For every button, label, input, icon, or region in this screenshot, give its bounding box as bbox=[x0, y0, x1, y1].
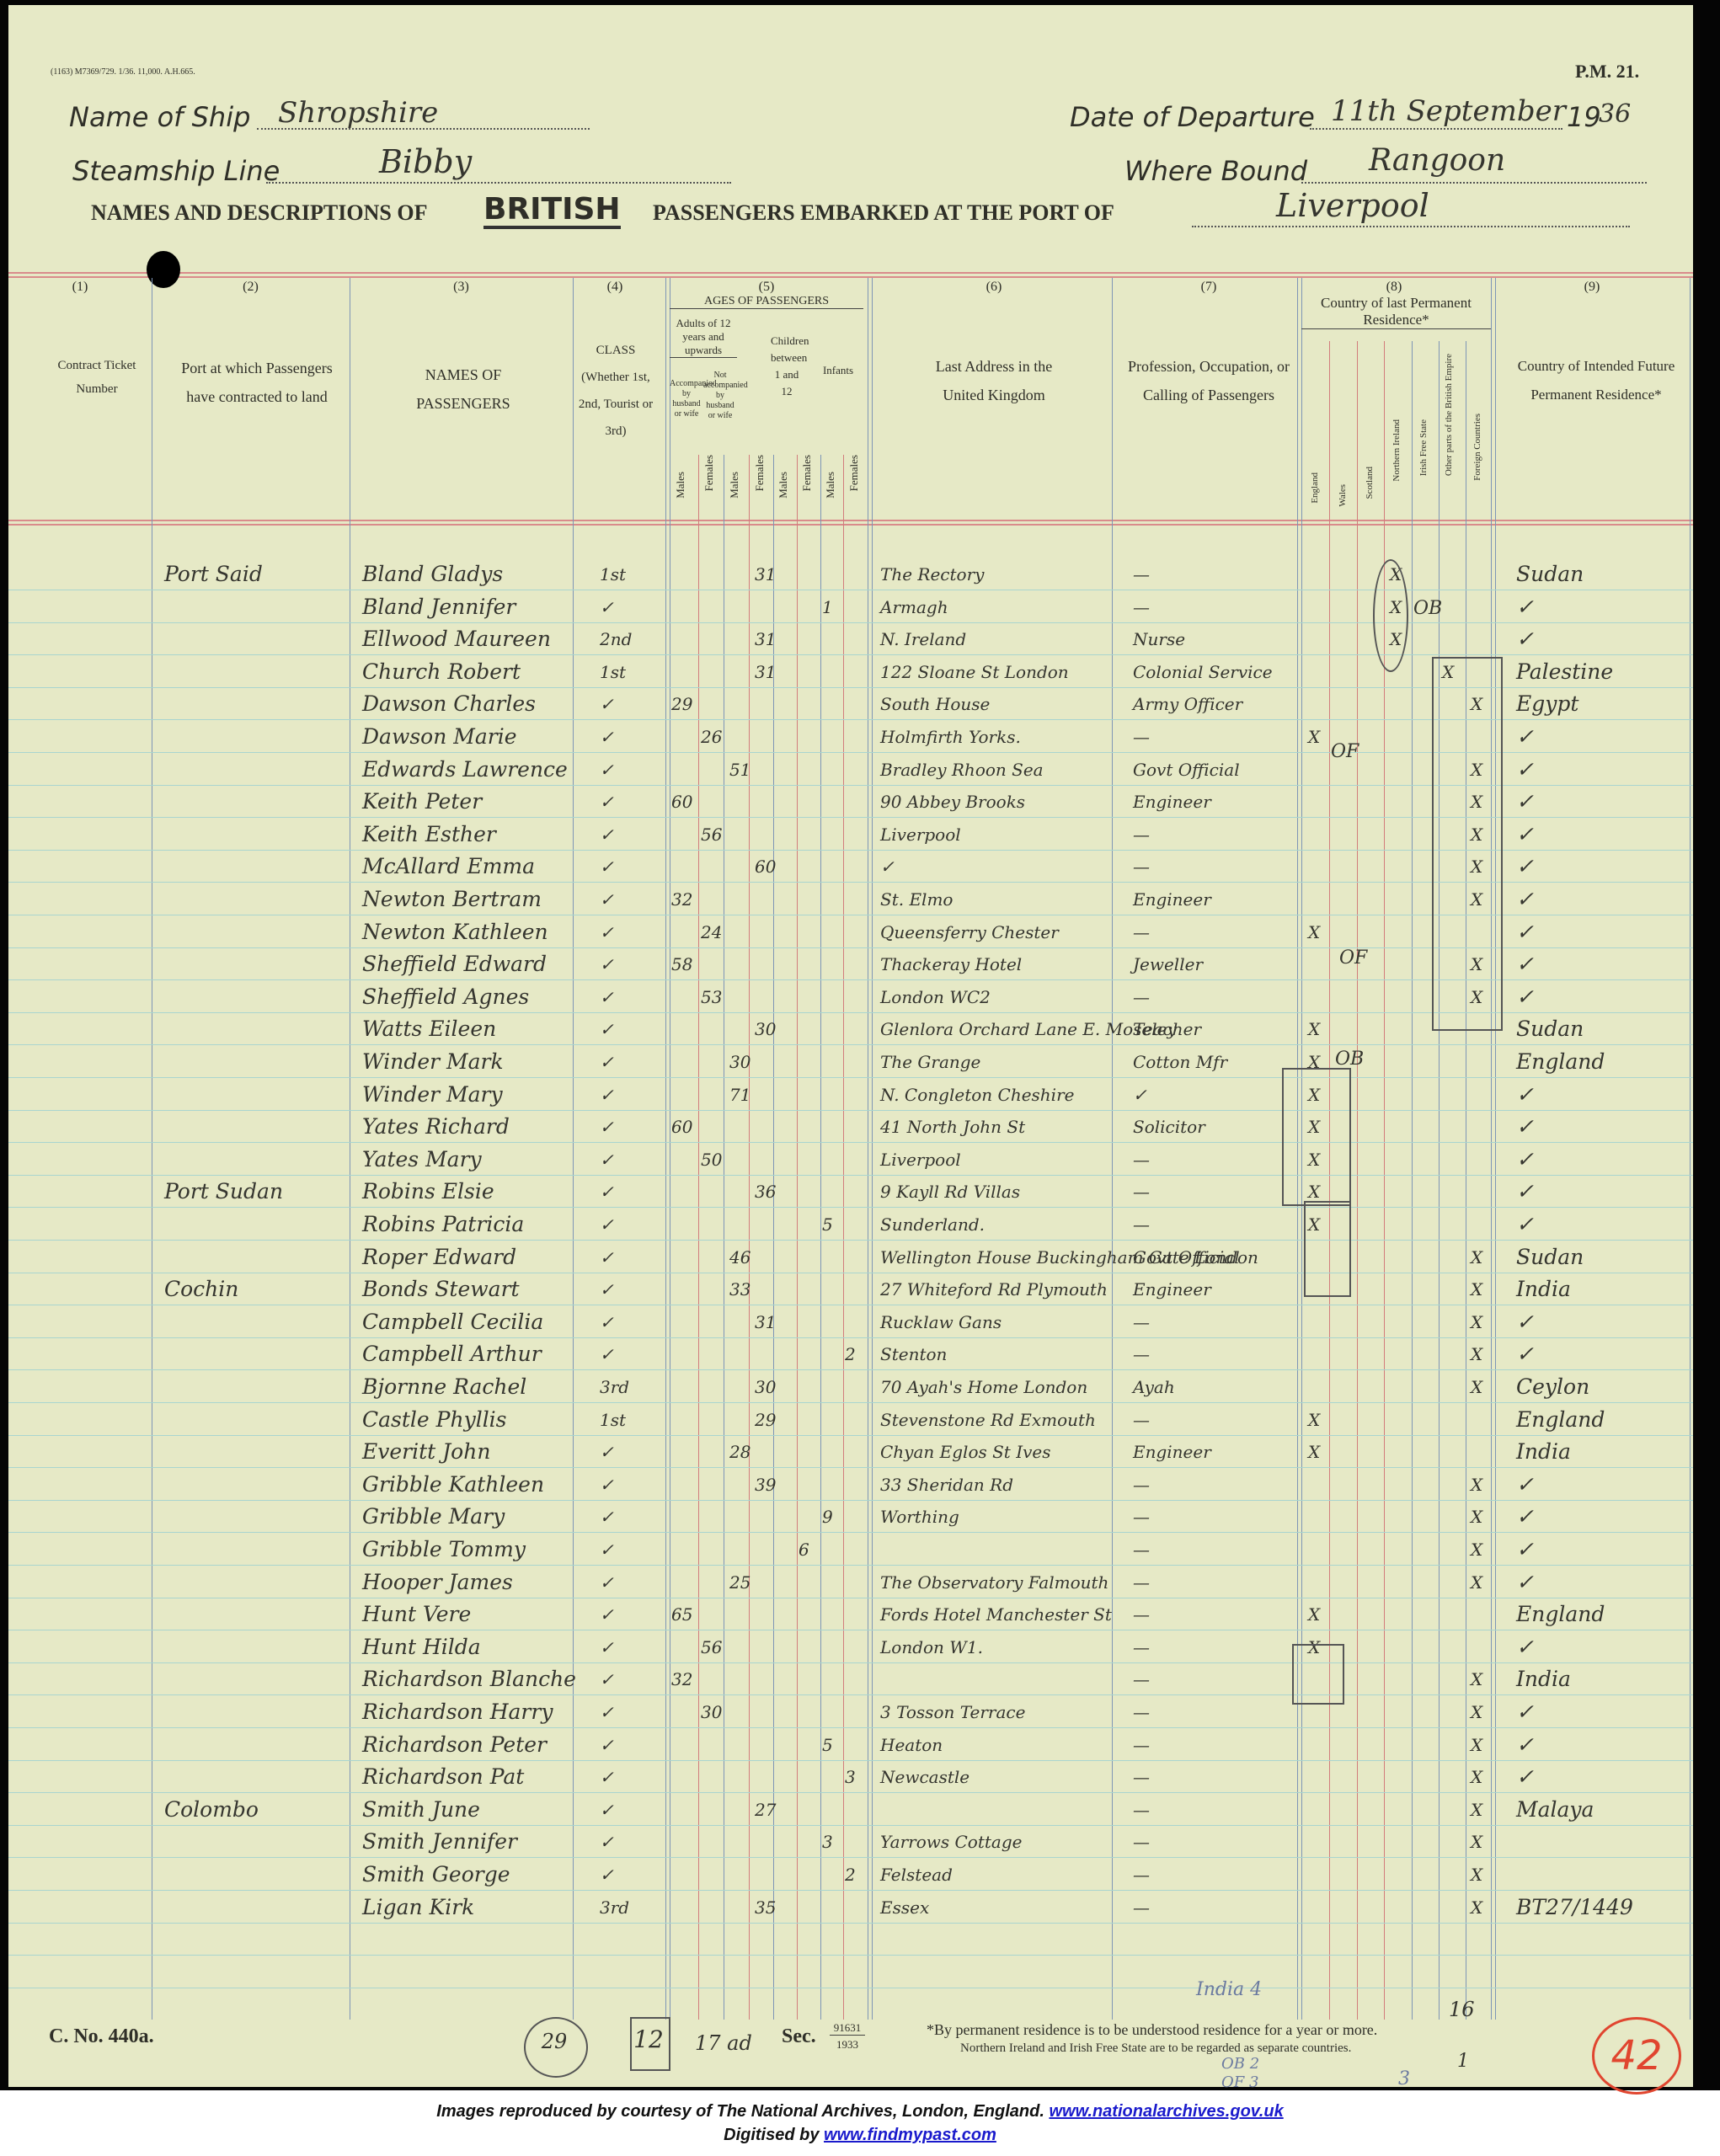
future-residence: England bbox=[1516, 1047, 1605, 1077]
footnote-2: Northern Ireland and Irish Free State ar… bbox=[960, 2041, 1351, 2056]
passenger-age: 58 bbox=[671, 949, 692, 979]
ruled-line bbox=[8, 1532, 1693, 1533]
tally-three: 3 bbox=[1398, 2068, 1410, 2089]
india-tally: India 4 bbox=[1196, 1979, 1262, 2000]
occupation: — bbox=[1133, 1177, 1150, 1207]
last-residence-mark: X bbox=[1471, 1470, 1482, 1500]
last-residence-mark: X bbox=[1308, 1405, 1320, 1435]
occupation: — bbox=[1133, 1827, 1150, 1857]
future-residence: Sudan bbox=[1516, 559, 1584, 590]
last-address: The Observatory Falmouth bbox=[880, 1567, 1108, 1598]
ob-tally: OB 2 bbox=[1221, 2055, 1259, 2073]
last-residence-mark: X bbox=[1471, 1730, 1482, 1760]
children-header: Children between 1 and 12 bbox=[771, 333, 803, 400]
ruled-line bbox=[8, 1988, 1693, 1988]
passenger-row: Richardson Harry✓303 Tosson Terrace—X✓ bbox=[0, 1697, 1720, 1727]
line-dots bbox=[266, 182, 731, 184]
residence-subheader: Foreign Countries bbox=[1472, 414, 1482, 481]
future-residence: ✓ bbox=[1516, 1209, 1534, 1240]
passenger-age: 33 bbox=[729, 1274, 750, 1305]
passenger-age: 53 bbox=[701, 982, 722, 1012]
occupation: ✓ bbox=[1133, 1080, 1147, 1110]
credit-text-1: Images reproduced by courtesy of The Nat… bbox=[436, 2102, 1049, 2121]
passenger-row: Smith George✓2Felstead—X bbox=[0, 1860, 1720, 1890]
future-residence: ✓ bbox=[1516, 1470, 1534, 1500]
passenger-name: Smith Jennifer bbox=[362, 1827, 517, 1857]
col8-number: (8) bbox=[1297, 280, 1491, 295]
passenger-class: ✓ bbox=[600, 1145, 614, 1175]
passenger-name: Dawson Charles bbox=[362, 689, 536, 719]
ruled-line bbox=[8, 1662, 1693, 1663]
last-address: N. Congleton Cheshire bbox=[880, 1080, 1074, 1110]
ship-label: Name of Ship bbox=[69, 101, 250, 133]
ruled-line bbox=[8, 654, 1693, 655]
passenger-class: ✓ bbox=[600, 1502, 614, 1532]
last-address: 122 Sloane St London bbox=[880, 657, 1069, 687]
future-residence: ✓ bbox=[1516, 1145, 1534, 1175]
ruled-line bbox=[8, 1694, 1693, 1695]
last-residence-mark: X bbox=[1308, 1599, 1320, 1630]
col5-header: AGES OF PASSENGERS bbox=[670, 295, 863, 309]
passenger-age: 29 bbox=[755, 1405, 776, 1435]
passenger-row: Yates Mary✓50Liverpool—X✓ bbox=[0, 1145, 1720, 1175]
tally-one: 1 bbox=[1457, 2051, 1469, 2072]
ruled-line bbox=[8, 1044, 1693, 1045]
occupation: Cotton Mfr bbox=[1133, 1047, 1227, 1077]
passenger-row: Winder Mark✓30The GrangeCotton MfrXEngla… bbox=[0, 1047, 1720, 1077]
residence-subheader: Other parts of the British Empire bbox=[1444, 354, 1454, 476]
future-residence: ✓ bbox=[1516, 592, 1534, 622]
future-residence: ✓ bbox=[1516, 1307, 1534, 1337]
passenger-age: 5 bbox=[822, 1730, 833, 1760]
ruled-line bbox=[8, 1890, 1693, 1891]
ruled-line bbox=[8, 1727, 1693, 1728]
sec-number: 91631 bbox=[830, 2021, 865, 2036]
passenger-row: Winder Mary✓71N. Congleton Cheshire✓X✓ bbox=[0, 1080, 1720, 1110]
passenger-class: ✓ bbox=[600, 884, 614, 915]
future-residence: ✓ bbox=[1516, 1697, 1534, 1727]
future-residence: Sudan bbox=[1516, 1014, 1584, 1044]
future-residence: ✓ bbox=[1516, 1177, 1534, 1207]
last-residence-mark: X bbox=[1471, 1502, 1482, 1532]
ob-annotation-1: OB bbox=[1413, 598, 1442, 619]
occupation: — bbox=[1133, 851, 1150, 882]
last-address: London W1. bbox=[880, 1632, 983, 1662]
passenger-row: Bland Jennifer✓1Armagh—X✓ bbox=[0, 592, 1720, 622]
passenger-row: Campbell Cecilia✓31Rucklaw Gans—X✓ bbox=[0, 1307, 1720, 1337]
last-address: 33 Sheridan Rd bbox=[880, 1470, 1013, 1500]
passenger-row: Richardson Blanche✓32—XIndia bbox=[0, 1664, 1720, 1694]
last-address: The Grange bbox=[880, 1047, 980, 1077]
bound-dots bbox=[1301, 182, 1647, 184]
last-address: 27 Whiteford Rd Plymouth bbox=[880, 1274, 1108, 1305]
passenger-row: CochinBonds Stewart✓3327 Whiteford Rd Pl… bbox=[0, 1274, 1720, 1305]
col7-number: (7) bbox=[1112, 280, 1306, 295]
passenger-age: 28 bbox=[729, 1437, 750, 1467]
findmypast-link[interactable]: www.findmypast.com bbox=[824, 2126, 996, 2144]
passenger-row: Campbell Arthur✓2Stenton—X✓ bbox=[0, 1339, 1720, 1369]
ruled-line bbox=[8, 1857, 1693, 1858]
occupation: — bbox=[1133, 1762, 1150, 1792]
future-residence: Malaya bbox=[1516, 1795, 1594, 1825]
passenger-class: ✓ bbox=[600, 1730, 614, 1760]
ruled-line bbox=[8, 1760, 1693, 1761]
passenger-age: 30 bbox=[755, 1372, 776, 1402]
departure-year-value: 36 bbox=[1599, 99, 1631, 129]
passenger-age: 2 bbox=[845, 1860, 856, 1890]
passenger-name: Richardson Blanche bbox=[362, 1664, 576, 1694]
passenger-age: 29 bbox=[671, 689, 692, 719]
females-subheader: Females bbox=[847, 455, 861, 491]
last-address: Liverpool bbox=[880, 819, 961, 850]
last-address: Sunderland. bbox=[880, 1209, 985, 1240]
passenger-class: ✓ bbox=[600, 722, 614, 752]
ruled-line bbox=[8, 1825, 1693, 1826]
port-of-landing: Port Said bbox=[164, 559, 263, 590]
passenger-name: Winder Mary bbox=[362, 1080, 503, 1110]
future-residence: Sudan bbox=[1516, 1242, 1584, 1273]
future-residence: Palestine bbox=[1516, 657, 1613, 687]
col5-number: (5) bbox=[670, 280, 863, 295]
passenger-age: 30 bbox=[755, 1014, 776, 1044]
passenger-name: Dawson Marie bbox=[362, 722, 517, 752]
ruled-line bbox=[8, 1273, 1693, 1273]
passenger-row: ColomboSmith June✓27—XMalaya bbox=[0, 1795, 1720, 1825]
future-residence: ✓ bbox=[1516, 917, 1534, 947]
last-residence-mark: X bbox=[1471, 1274, 1482, 1305]
last-residence-mark: X bbox=[1471, 1534, 1482, 1565]
last-residence-mark: X bbox=[1471, 1567, 1482, 1598]
passenger-class: ✓ bbox=[600, 1047, 614, 1077]
passenger-name: Roper Edward bbox=[362, 1242, 516, 1273]
occupation: Solicitor bbox=[1133, 1112, 1205, 1142]
header-top-rule-2 bbox=[8, 276, 1693, 278]
passenger-class: ✓ bbox=[600, 949, 614, 979]
ruled-line bbox=[8, 1630, 1693, 1630]
last-residence-mark: X bbox=[1471, 1762, 1482, 1792]
passenger-name: Ligan Kirk bbox=[362, 1892, 474, 1923]
males-subheader: Males bbox=[777, 472, 790, 499]
last-address: Essex bbox=[880, 1892, 929, 1923]
passenger-age: 60 bbox=[755, 851, 776, 882]
passenger-name: Newton Bertram bbox=[362, 884, 542, 915]
passenger-class: ✓ bbox=[600, 755, 614, 785]
passenger-name: Hooper James bbox=[362, 1567, 513, 1598]
passenger-class: ✓ bbox=[600, 1795, 614, 1825]
passenger-age: 24 bbox=[701, 917, 722, 947]
future-residence: ✓ bbox=[1516, 1339, 1534, 1369]
passenger-class: ✓ bbox=[600, 1242, 614, 1273]
ruled-line bbox=[8, 1500, 1693, 1501]
last-address: 9 Kayll Rd Villas bbox=[880, 1177, 1020, 1207]
national-archives-link[interactable]: www.nationalarchives.gov.uk bbox=[1049, 2102, 1283, 2121]
last-residence-mark: X bbox=[1471, 1795, 1482, 1825]
last-address: South House bbox=[880, 689, 990, 719]
last-address: 90 Abbey Brooks bbox=[880, 787, 1025, 817]
last-address: Bradley Rhoon Sea bbox=[880, 755, 1044, 785]
header-bottom-rule bbox=[8, 520, 1693, 521]
title-prefix: NAMES AND DESCRIPTIONS OF bbox=[91, 200, 427, 226]
ruled-line bbox=[8, 1337, 1693, 1338]
last-residence-mark: X bbox=[1471, 1827, 1482, 1857]
passenger-class: ✓ bbox=[600, 592, 614, 622]
occupation: — bbox=[1133, 722, 1150, 752]
last-address: Armagh bbox=[880, 592, 948, 622]
of-tally: OF 3 bbox=[1221, 2073, 1258, 2091]
ruled-line bbox=[8, 1240, 1693, 1241]
passenger-row: Castle Phyllis1st29Stevenstone Rd Exmout… bbox=[0, 1405, 1720, 1435]
passenger-name: Newton Kathleen bbox=[362, 917, 548, 947]
of-annotation-1: OF bbox=[1331, 741, 1359, 762]
boxed-total: 12 bbox=[630, 2025, 667, 2053]
foreign-group-box bbox=[1432, 657, 1503, 1031]
passenger-name: Hunt Vere bbox=[362, 1599, 471, 1630]
passenger-class: ✓ bbox=[600, 1014, 614, 1044]
passenger-name: Smith George bbox=[362, 1860, 510, 1890]
occupation: Teacher bbox=[1133, 1014, 1201, 1044]
occupation: — bbox=[1133, 1405, 1150, 1435]
passenger-class: ✓ bbox=[600, 1209, 614, 1240]
occupation: — bbox=[1133, 1860, 1150, 1890]
last-address: 70 Ayah's Home London bbox=[880, 1372, 1087, 1402]
ni-group-circle bbox=[1373, 559, 1408, 672]
passenger-row: Bjornne Rachel3rd3070 Ayah's Home London… bbox=[0, 1372, 1720, 1402]
future-residence: ✓ bbox=[1516, 1080, 1534, 1110]
port-of-landing: Colombo bbox=[164, 1795, 259, 1825]
passenger-age: 71 bbox=[729, 1080, 750, 1110]
ruled-line bbox=[8, 1598, 1693, 1598]
passenger-name: Everitt John bbox=[362, 1437, 490, 1467]
port-dots bbox=[1192, 226, 1630, 227]
ob-annotation-2: OB bbox=[1335, 1049, 1364, 1070]
col2-header: Port at which Passengers have contracted… bbox=[173, 354, 341, 411]
occupation: — bbox=[1133, 819, 1150, 850]
passenger-age: 31 bbox=[755, 657, 776, 687]
credit-text-2: Digitised by bbox=[724, 2126, 824, 2144]
credit-line-1: Images reproduced by courtesy of The Nat… bbox=[0, 2102, 1720, 2121]
passenger-age: 50 bbox=[701, 1145, 722, 1175]
males-subheader: Males bbox=[728, 472, 741, 499]
passenger-row: Everitt John✓28Chyan Eglos St IvesEngine… bbox=[0, 1437, 1720, 1467]
last-address: 41 North John St bbox=[880, 1112, 1025, 1142]
occupation: Engineer bbox=[1133, 1437, 1211, 1467]
future-residence: India bbox=[1516, 1274, 1571, 1305]
title-british: BRITISH bbox=[483, 194, 621, 229]
tally-sixteen: 16 bbox=[1449, 1998, 1475, 2021]
sec-year: 1933 bbox=[830, 2038, 865, 2052]
adult-total: 17 ad bbox=[695, 2031, 752, 2055]
occupation: Ayah bbox=[1133, 1372, 1175, 1402]
passenger-age: 2 bbox=[845, 1339, 856, 1369]
england-group-box-1 bbox=[1282, 1068, 1351, 1206]
occupation: — bbox=[1133, 1697, 1150, 1727]
occupation: — bbox=[1133, 1470, 1150, 1500]
passenger-class: ✓ bbox=[600, 689, 614, 719]
last-address: Newcastle bbox=[880, 1762, 970, 1792]
future-residence: Ceylon bbox=[1516, 1372, 1589, 1402]
males-subheader: Males bbox=[824, 472, 837, 499]
occupation: Jeweller bbox=[1133, 949, 1203, 979]
passenger-class: ✓ bbox=[600, 1112, 614, 1142]
departure-dots bbox=[1310, 128, 1562, 130]
passenger-name: Campbell Arthur bbox=[362, 1339, 542, 1369]
where-bound-label: Where Bound bbox=[1124, 155, 1307, 187]
passenger-class: ✓ bbox=[600, 787, 614, 817]
passenger-row: Gribble Kathleen✓3933 Sheridan Rd—X✓ bbox=[0, 1470, 1720, 1500]
future-residence: ✓ bbox=[1516, 949, 1534, 979]
occupation: — bbox=[1133, 1664, 1150, 1694]
passenger-age: 60 bbox=[671, 1112, 692, 1142]
last-address: Felstead bbox=[880, 1860, 953, 1890]
last-address: Thackeray Hotel bbox=[880, 949, 1022, 979]
future-residence: England bbox=[1516, 1599, 1605, 1630]
passenger-age: 56 bbox=[701, 819, 722, 850]
passenger-age: 65 bbox=[671, 1599, 692, 1630]
passenger-name: Bonds Stewart bbox=[362, 1274, 520, 1305]
occupation: — bbox=[1133, 1339, 1150, 1369]
future-residence: ✓ bbox=[1516, 1567, 1534, 1598]
passenger-class: ✓ bbox=[600, 819, 614, 850]
females-subheader: Females bbox=[702, 455, 716, 491]
future-residence: ✓ bbox=[1516, 722, 1534, 752]
credit-line-2: Digitised by www.findmypast.com bbox=[0, 2126, 1720, 2145]
last-address: Holmfirth Yorks. bbox=[880, 722, 1021, 752]
passenger-class: 1st bbox=[600, 559, 626, 590]
passenger-class: ✓ bbox=[600, 1599, 614, 1630]
last-residence-mark: X bbox=[1471, 1860, 1482, 1890]
occupation: — bbox=[1133, 1567, 1150, 1598]
passenger-row: Yates Richard✓6041 North John StSolicito… bbox=[0, 1112, 1720, 1142]
future-residence: ✓ bbox=[1516, 1534, 1534, 1565]
passenger-row: Ellwood Maureen2nd31N. IrelandNurseX✓ bbox=[0, 624, 1720, 654]
col9-header: Country of Intended Future Permanent Res… bbox=[1516, 352, 1676, 409]
last-address: N. Ireland bbox=[880, 624, 966, 654]
future-residence: ✓ bbox=[1516, 755, 1534, 785]
passenger-age: 6 bbox=[799, 1534, 809, 1565]
occupation: — bbox=[1133, 1795, 1150, 1825]
where-bound-value: Rangoon bbox=[1369, 143, 1505, 178]
females-subheader: Females bbox=[753, 455, 767, 491]
last-address: Fords Hotel Manchester St bbox=[880, 1599, 1112, 1630]
residence-subheader: Irish Free State bbox=[1418, 419, 1429, 476]
passenger-class: ✓ bbox=[600, 1534, 614, 1565]
passenger-name: Winder Mark bbox=[362, 1047, 504, 1077]
last-address: Liverpool bbox=[880, 1145, 961, 1175]
col6-header: Last Address in the United Kingdom bbox=[918, 352, 1070, 409]
occupation: — bbox=[1133, 1599, 1150, 1630]
departure-date-value: 11th September bbox=[1331, 94, 1566, 128]
future-residence: India bbox=[1516, 1664, 1571, 1694]
passenger-name: Sheffield Agnes bbox=[362, 982, 529, 1012]
last-address: Queensferry Chester bbox=[880, 917, 1059, 947]
last-address: Worthing bbox=[880, 1502, 959, 1532]
passenger-name: Keith Esther bbox=[362, 819, 496, 850]
passenger-name: Edwards Lawrence bbox=[362, 755, 568, 785]
passenger-age: 30 bbox=[729, 1047, 750, 1077]
col9-number: (9) bbox=[1495, 280, 1689, 295]
last-residence-mark: X bbox=[1471, 1339, 1482, 1369]
ruled-line bbox=[8, 1792, 1693, 1793]
occupation: — bbox=[1133, 1892, 1150, 1923]
residence-subheader: Northern Ireland bbox=[1391, 419, 1402, 482]
ruled-line bbox=[8, 1467, 1693, 1468]
future-residence: ✓ bbox=[1516, 624, 1534, 654]
england-group-box-2 bbox=[1304, 1201, 1351, 1297]
occupation: — bbox=[1133, 917, 1150, 947]
departure-label: Date of Departure bbox=[1070, 101, 1315, 133]
future-residence: Egypt bbox=[1516, 689, 1578, 719]
occupation: — bbox=[1133, 1209, 1150, 1240]
passenger-age: 36 bbox=[755, 1177, 776, 1207]
circled-total: 29 bbox=[524, 2030, 585, 2053]
passenger-row: Hooper James✓25The Observatory Falmouth—… bbox=[0, 1567, 1720, 1598]
passenger-name: Robins Patricia bbox=[362, 1209, 524, 1240]
of-annotation-2: OF bbox=[1339, 947, 1367, 969]
passenger-class: ✓ bbox=[600, 1274, 614, 1305]
passenger-row: Port SaidBland Gladys1st31The Rectory—XS… bbox=[0, 559, 1720, 590]
passenger-class: ✓ bbox=[600, 1860, 614, 1890]
col6-number: (6) bbox=[868, 280, 1120, 295]
passenger-row: Robins Patricia✓5Sunderland.—X✓ bbox=[0, 1209, 1720, 1240]
passenger-name: Gribble Kathleen bbox=[362, 1470, 544, 1500]
future-residence: ✓ bbox=[1516, 1502, 1534, 1532]
future-residence: ✓ bbox=[1516, 787, 1534, 817]
england-group-box-3 bbox=[1292, 1644, 1344, 1705]
ruled-line bbox=[8, 1077, 1693, 1078]
passenger-name: Gribble Tommy bbox=[362, 1534, 526, 1565]
col8-header: Country of last Permanent Residence* bbox=[1301, 295, 1491, 329]
page-number-circle: 42 bbox=[1592, 2017, 1681, 2095]
passenger-age: 51 bbox=[729, 755, 750, 785]
last-address: Stenton bbox=[880, 1339, 947, 1369]
passenger-name: Smith June bbox=[362, 1795, 480, 1825]
passenger-class: ✓ bbox=[600, 1080, 614, 1110]
passenger-row: Roper Edward✓46Wellington House Buckingh… bbox=[0, 1242, 1720, 1273]
last-address: 3 Tosson Terrace bbox=[880, 1697, 1025, 1727]
col1-number: (1) bbox=[8, 280, 152, 295]
passenger-class: ✓ bbox=[600, 1339, 614, 1369]
occupation: — bbox=[1133, 1307, 1150, 1337]
passenger-age: 31 bbox=[755, 624, 776, 654]
passenger-row: Hunt Vere✓65Fords Hotel Manchester St—XE… bbox=[0, 1599, 1720, 1630]
port-of-landing: Port Sudan bbox=[164, 1177, 283, 1207]
passenger-age: 32 bbox=[671, 884, 692, 915]
passenger-age: 31 bbox=[755, 559, 776, 590]
passenger-class: 3rd bbox=[600, 1892, 629, 1923]
col4-header: CLASS (Whether 1st, 2nd, Tourist or 3rd) bbox=[578, 337, 654, 445]
passenger-name: Campbell Cecilia bbox=[362, 1307, 543, 1337]
passenger-class: ✓ bbox=[600, 1827, 614, 1857]
last-address: ✓ bbox=[880, 851, 895, 882]
passenger-name: Gribble Mary bbox=[362, 1502, 505, 1532]
passenger-row: Gribble Tommy✓6—X✓ bbox=[0, 1534, 1720, 1565]
passenger-name: Sheffield Edward bbox=[362, 949, 547, 979]
occupation: Army Officer bbox=[1133, 689, 1242, 719]
passenger-age: 60 bbox=[671, 787, 692, 817]
last-residence-mark: X bbox=[1308, 722, 1320, 752]
passenger-class: ✓ bbox=[600, 1762, 614, 1792]
col7-header: Profession, Occupation, or Calling of Pa… bbox=[1112, 352, 1306, 409]
occupation: Govt Official bbox=[1133, 1242, 1240, 1273]
col4-number: (4) bbox=[573, 280, 657, 295]
passenger-name: Richardson Peter bbox=[362, 1730, 547, 1760]
passenger-class: ✓ bbox=[600, 851, 614, 882]
infants-header: Infants bbox=[821, 362, 855, 379]
last-residence-mark: X bbox=[1308, 917, 1320, 947]
occupation: Colonial Service bbox=[1133, 657, 1273, 687]
passenger-age: 3 bbox=[845, 1762, 856, 1792]
occupation: — bbox=[1133, 592, 1150, 622]
